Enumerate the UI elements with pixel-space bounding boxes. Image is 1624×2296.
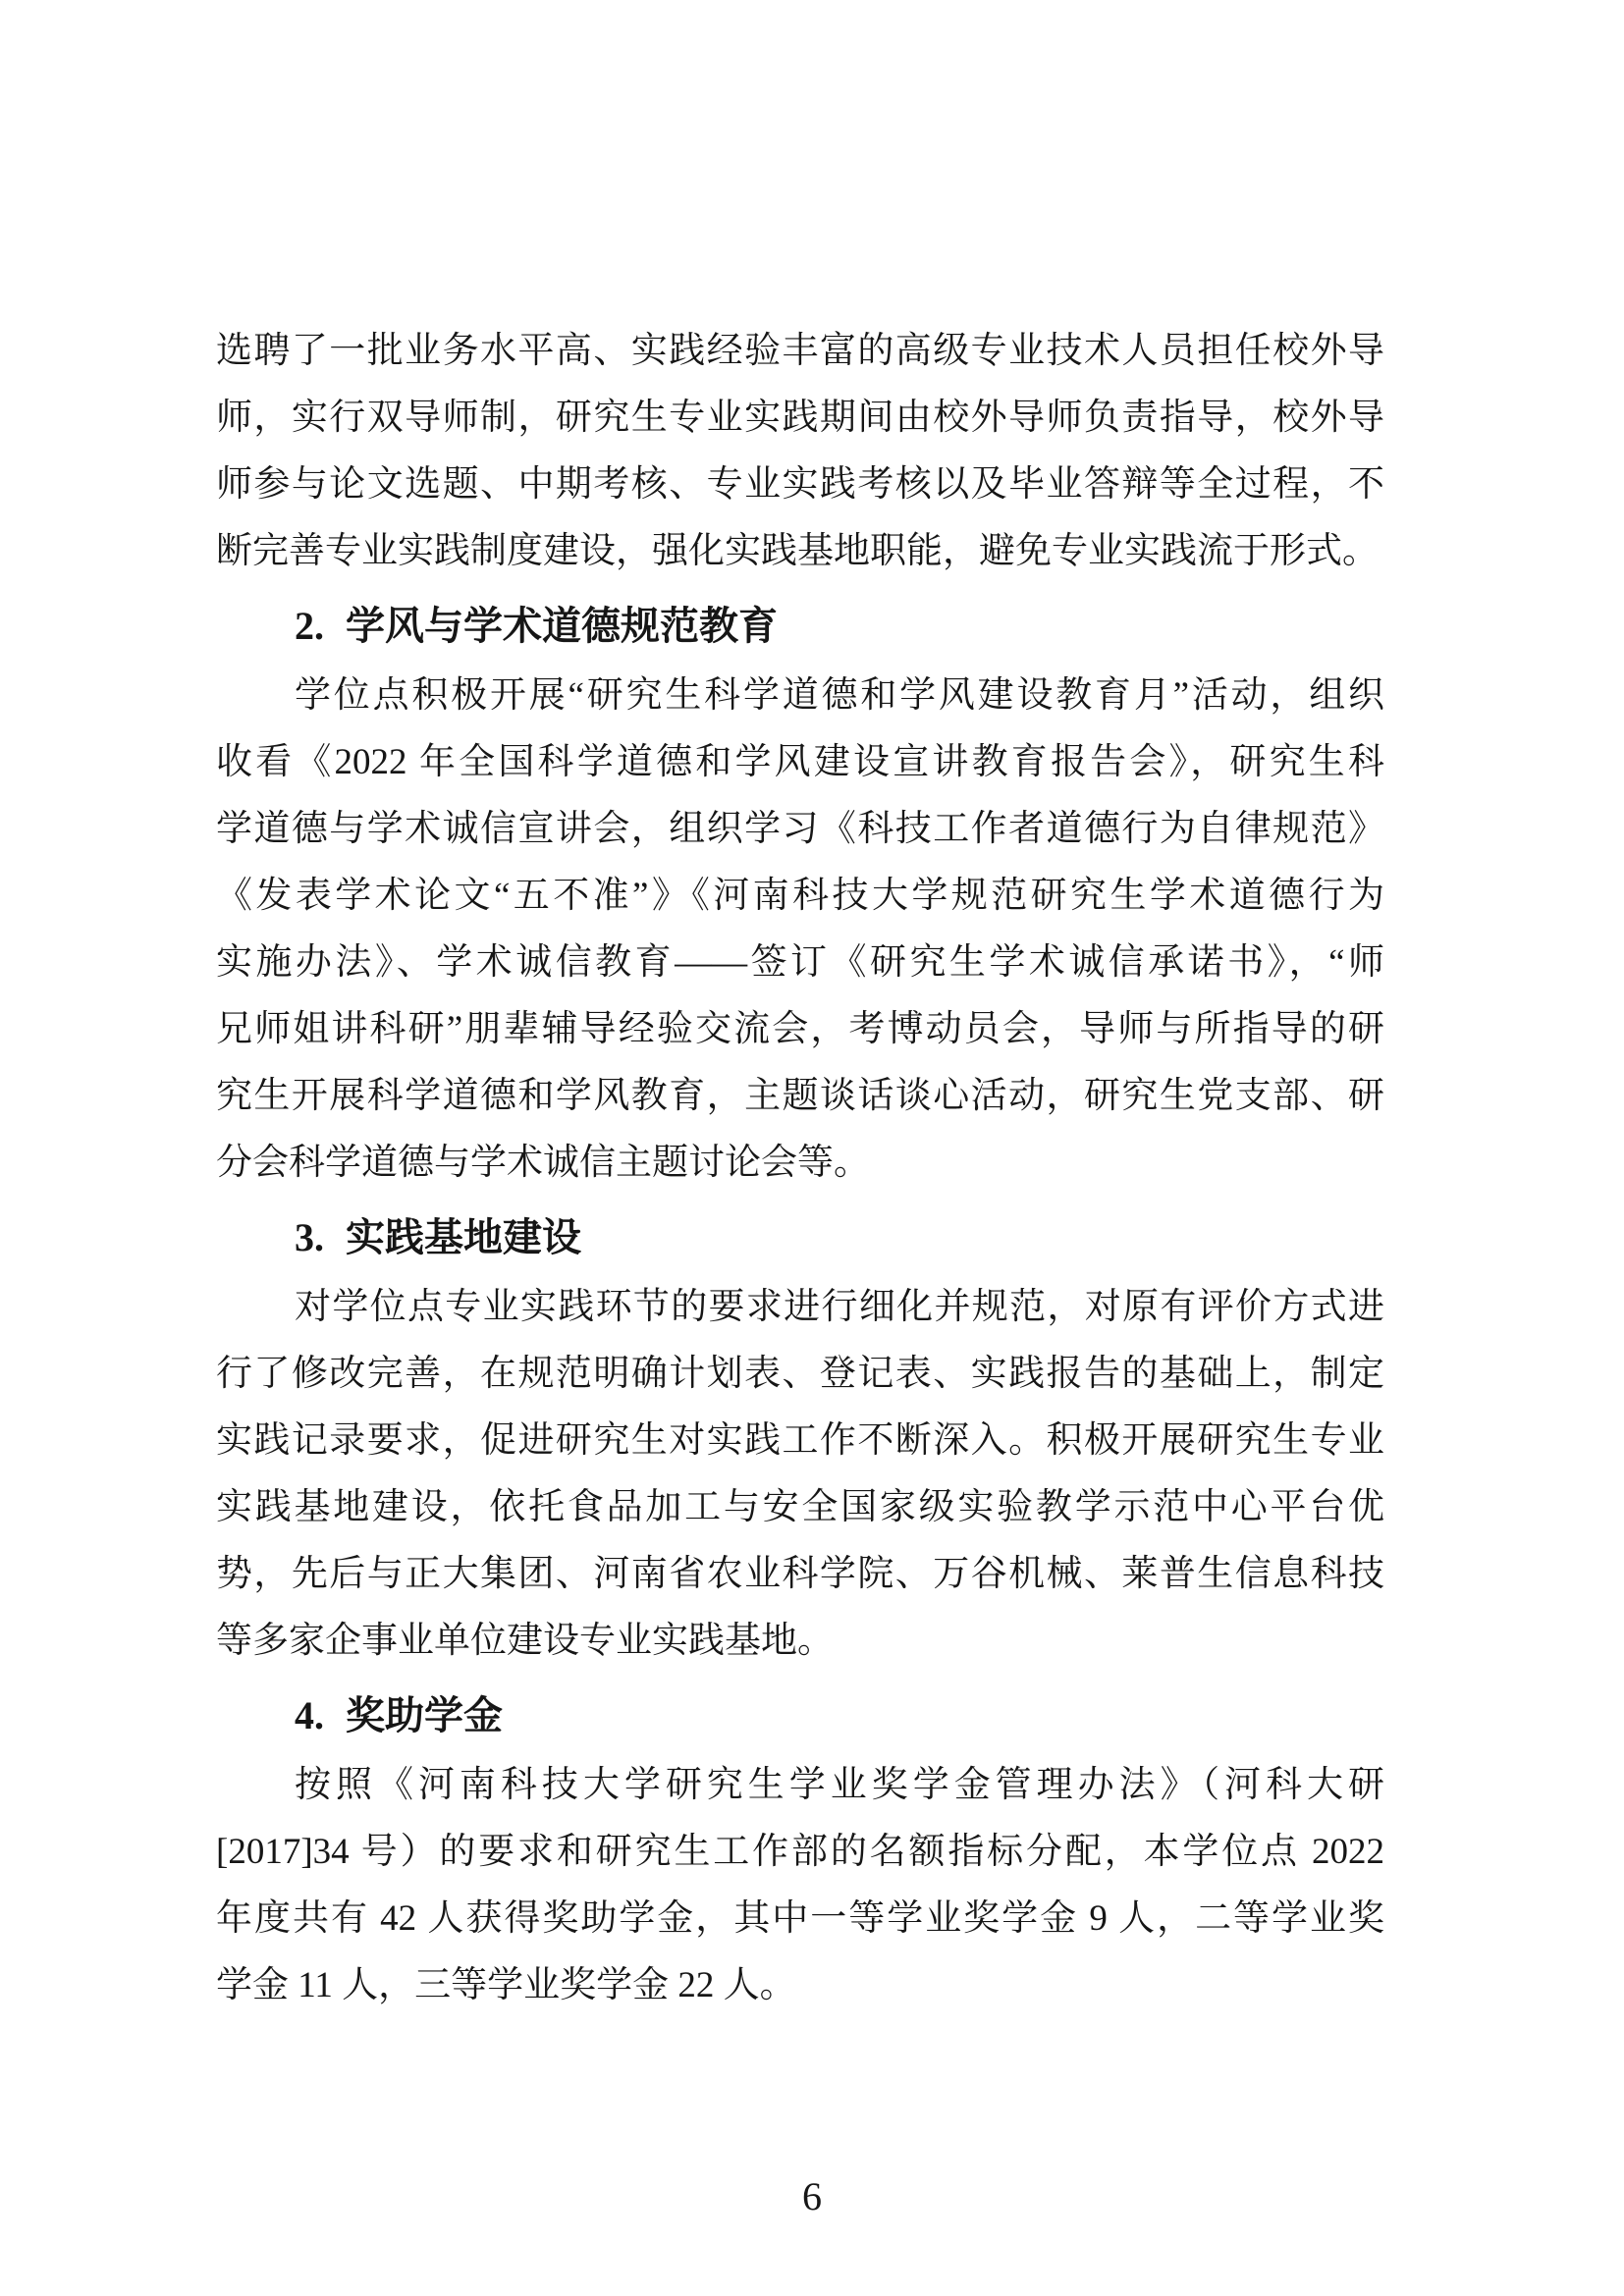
text-line: 《发表学术论文“五不准”》《河南科技大学规范研究生学术道德行为: [216, 863, 1384, 930]
text-line: 选聘了一批业务水平高、实践经验丰富的高级专业技术人员担任校外导: [216, 318, 1384, 385]
text-line: 行了修改完善，在规范明确计划表、登记表、实践报告的基础上，制定: [216, 1341, 1384, 1408]
text-line: 对学位点专业实践环节的要求进行细化并规范，对原有评价方式进: [216, 1274, 1384, 1341]
page-footer: 6: [0, 2163, 1624, 2230]
text-line: 学金 11 人，三等学业奖学金 22 人。: [216, 1952, 1384, 2019]
text-line: 断完善专业实践制度建设，强化实践基地职能，避免专业实践流于形式。: [216, 518, 1384, 585]
document-page: 选聘了一批业务水平高、实践经验丰富的高级专业技术人员担任校外导师，实行双导师制，…: [0, 0, 1624, 2296]
text-line: 实践记录要求，促进研究生对实践工作不断深入。积极开展研究生专业: [216, 1408, 1384, 1474]
section-heading: 2.学风与学术道德规范教育: [216, 593, 1384, 660]
section-heading: 3.实践基地建设: [216, 1204, 1384, 1271]
text-line: 年度共有 42 人获得奖助学金，其中一等学业奖学金 9 人，二等学业奖: [216, 1886, 1384, 1952]
heading-number: 3.: [295, 1215, 324, 1259]
heading-title: 奖助学金: [346, 1693, 503, 1737]
text-line: 师，实行双导师制，研究生专业实践期间由校外导师负责指导，校外导: [216, 385, 1384, 452]
text-line: 实施办法》、学术诚信教育——签订《研究生学术诚信承诺书》，“师: [216, 930, 1384, 996]
text-line: 势，先后与正大集团、河南省农业科学院、万谷机械、莱普生信息科技: [216, 1541, 1384, 1608]
text-line: 实践基地建设，依托食品加工与安全国家级实验教学示范中心平台优: [216, 1474, 1384, 1541]
text-column: 选聘了一批业务水平高、实践经验丰富的高级专业技术人员担任校外导师，实行双导师制，…: [216, 318, 1384, 2019]
section-heading: 4.奖助学金: [216, 1682, 1384, 1749]
text-line: 兄师姐讲科研”朋辈辅导经验交流会，考博动员会，导师与所指导的研: [216, 996, 1384, 1063]
text-line: 分会科学道德与学术诚信主题讨论会等。: [216, 1130, 1384, 1197]
text-line: 按照《河南科技大学研究生学业奖学金管理办法》（河科大研: [216, 1752, 1384, 1819]
text-line: 学道德与学术诚信宣讲会，组织学习《科技工作者道德行为自律规范》: [216, 796, 1384, 863]
text-line: 学位点积极开展“研究生科学道德和学风建设教育月”活动，组织: [216, 663, 1384, 729]
text-line: 师参与论文选题、中期考核、专业实践考核以及毕业答辩等全过程，不: [216, 452, 1384, 518]
heading-number: 2.: [295, 604, 324, 648]
text-line: 究生开展科学道德和学风教育，主题谈话谈心活动，研究生党支部、研: [216, 1063, 1384, 1130]
text-line: [2017]34 号）的要求和研究生工作部的名额指标分配，本学位点 2022: [216, 1819, 1384, 1886]
heading-title: 学风与学术道德规范教育: [346, 604, 778, 648]
text-line: 收看《2022 年全国科学道德和学风建设宣讲教育报告会》，研究生科: [216, 729, 1384, 796]
heading-number: 4.: [295, 1693, 324, 1737]
page-number: 6: [802, 2174, 822, 2218]
text-line: 等多家企事业单位建设专业实践基地。: [216, 1608, 1384, 1675]
heading-title: 实践基地建设: [346, 1215, 581, 1259]
